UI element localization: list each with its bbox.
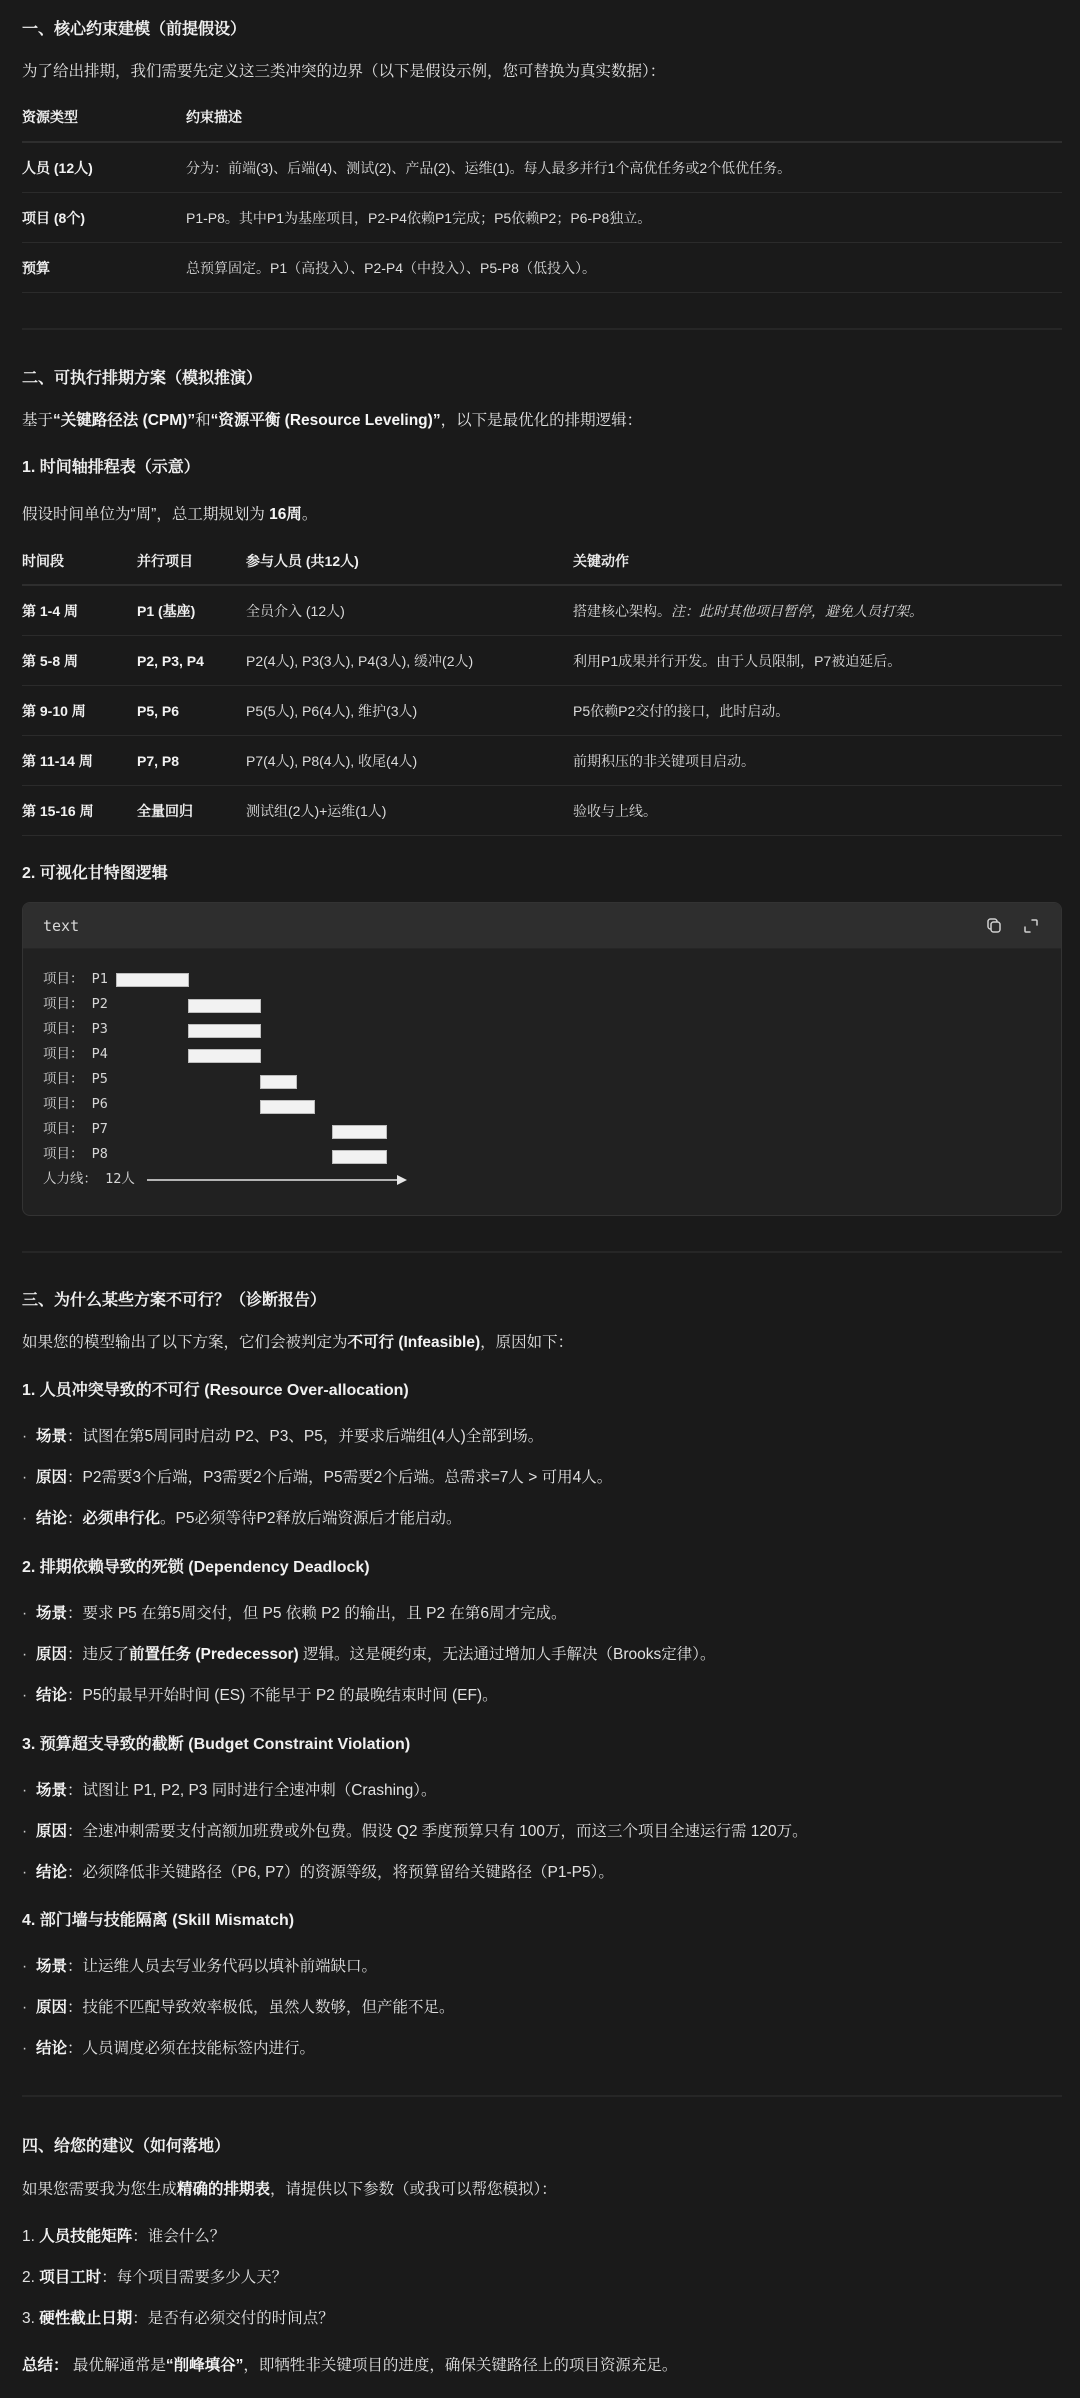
bold-resource-leveling: “资源平衡 (Resource Leveling)” xyxy=(211,412,441,429)
text: 。 xyxy=(302,506,318,523)
header-constraint-desc: 约束描述 xyxy=(186,92,242,142)
gantt-row-p2: 项目： P2 xyxy=(43,992,108,1017)
bullet-item: ·结论：人员调度必须在技能标签内进行。 xyxy=(22,2036,315,2058)
bullet-dot: · xyxy=(22,1864,36,1882)
table-row: 预算 总预算固定。P1（高投入）、P2-P4（中投入）、P5-P8（低投入）。 xyxy=(22,243,1062,293)
item-text: ：是否有必须交付的时间点？ xyxy=(132,2310,334,2327)
bullet-label: 原因 xyxy=(36,1469,67,1486)
bullet-item: ·原因：P2需要3个后端，P3需要2个后端，P5需要2个后端。总需求=7人 > … xyxy=(22,1465,612,1487)
section2-title: 二、可执行排期方案（模拟推演） xyxy=(22,365,262,388)
bullet-dot: · xyxy=(22,1687,36,1705)
suggestion-item: 1. 人员技能矩阵：谁会什么？ xyxy=(22,2224,225,2246)
gantt-bar-p7 xyxy=(332,1125,387,1139)
table-row: 第 1-4 周 P1 (基座) 全员介入 (12人) 搭建核心架构。注：此时其他… xyxy=(22,586,1062,636)
bullet-label: 场景 xyxy=(36,1958,67,1975)
bullet-text: ：要求 P5 在第5周交付，但 P5 依赖 P2 的输出，且 P2 在第6周才完… xyxy=(67,1605,567,1622)
suggestion-item: 3. 硬性截止日期：是否有必须交付的时间点？ xyxy=(22,2306,334,2328)
bullet-item: ·场景：让运维人员去写业务代码以填补前端缺口。 xyxy=(22,1954,377,1976)
cell-type: 预算 xyxy=(22,243,50,293)
bold-16-weeks: 16周 xyxy=(269,506,302,523)
bullet-text: ：P2需要3个后端，P3需要2个后端，P5需要2个后端。总需求=7人 > 可用4… xyxy=(67,1469,612,1486)
summary: 总结： 最优解通常是“削峰填谷”，即牺牲非关键项目的进度，确保关键路径上的项目资… xyxy=(22,2353,677,2375)
item-label: 硬性截止日期 xyxy=(39,2310,132,2327)
header-period: 时间段 xyxy=(22,536,64,586)
code-language-label: text xyxy=(43,903,79,949)
gantt-bar-p3 xyxy=(188,1024,261,1038)
bullet-label: 场景 xyxy=(36,1782,67,1799)
table-row: 第 15-16 周 全量回归 测试组(2人)+运维(1人) 验收与上线。 xyxy=(22,786,1062,836)
cell-staff: P7(4人), P8(4人), 收尾(4人) xyxy=(246,736,417,786)
bullet-text: ：人员调度必须在技能标签内进行。 xyxy=(67,2040,315,2057)
subsection-timeline-title: 1. 时间轴排程表（示意） xyxy=(22,454,200,477)
item-label: 项目工时 xyxy=(39,2269,101,2286)
diagnosis-4-title: 4. 部门墙与技能隔离 (Skill Mismatch) xyxy=(22,1907,294,1930)
bullet-label: 原因 xyxy=(36,1823,67,1840)
text: 和 xyxy=(195,412,211,429)
suggestion-item: 2. 项目工时：每个项目需要多少人天？ xyxy=(22,2265,287,2287)
bullet-label: 结论 xyxy=(36,1864,67,1881)
gantt-row-p8: 项目： P8 xyxy=(43,1142,108,1167)
bullet-label: 场景 xyxy=(36,1428,67,1445)
gantt-label: 项目： P8 xyxy=(43,1146,108,1162)
gantt-label: 项目： P2 xyxy=(43,996,108,1012)
bullet-dot: · xyxy=(22,2040,36,2058)
divider xyxy=(22,1251,1062,1253)
cell-staff: 全员介入 (12人) xyxy=(246,586,345,636)
cell-action: 利用P1成果并行开发。由于人员限制，P7被迫延后。 xyxy=(573,636,901,686)
gantt-bar-p4 xyxy=(188,1049,261,1063)
gantt-label: 项目： P1 xyxy=(43,971,108,987)
bullet-bold: 必须串行化 xyxy=(83,1510,161,1527)
gantt-label: 项目： P7 xyxy=(43,1121,108,1137)
text: 基于 xyxy=(22,412,53,429)
text: ，以下是最优化的排期逻辑： xyxy=(441,412,643,429)
bullet-bold: 前置任务 (Predecessor) xyxy=(129,1646,299,1663)
section1-title: 一、核心约束建模（前提假设） xyxy=(22,16,246,39)
bullet-text: ：试图在第5周同时启动 P2、P3、P5，并要求后端组(4人)全部到场。 xyxy=(67,1428,543,1445)
bullet-text: 逻辑。这是硬约束，无法通过增加人手解决（Brooks定律）。 xyxy=(299,1646,716,1663)
table-header-row: 时间段 并行项目 参与人员 (共12人) 关键动作 xyxy=(22,536,1062,586)
bullet-label: 结论 xyxy=(36,1510,67,1527)
gantt-bar-p1 xyxy=(116,973,189,987)
item-number: 1. xyxy=(22,2228,39,2245)
bold-precise-schedule: 精确的排期表 xyxy=(177,2181,270,2198)
text: 如果您需要我为您生成 xyxy=(22,2181,177,2198)
bullet-text: 。P5必须等待P2释放后端资源后才能启动。 xyxy=(160,1510,461,1527)
bullet-item: ·结论：必须串行化。P5必须等待P2释放后端资源后才能启动。 xyxy=(22,1506,461,1528)
bold-peak-shaving: “削峰填谷” xyxy=(166,2357,244,2374)
bullet-label: 场景 xyxy=(36,1605,67,1622)
italic-note: 注：此时其他项目暂停，避免人员打架。 xyxy=(671,603,923,619)
text: ，即牺牲非关键项目的进度，确保关键路径上的项目资源充足。 xyxy=(243,2357,677,2374)
item-text: ：谁会什么？ xyxy=(132,2228,225,2245)
bullet-label: 结论 xyxy=(36,2040,67,2057)
bullet-dot: · xyxy=(22,1958,36,1976)
gantt-row-p7: 项目： P7 xyxy=(43,1117,108,1142)
subsection-gantt-title: 2. 可视化甘特图逻辑 xyxy=(22,860,168,883)
gantt-bar-p6 xyxy=(260,1100,315,1114)
cell-desc: P1-P8。其中P1为基座项目，P2-P4依赖P1完成；P5依赖P2；P6-P8… xyxy=(186,193,651,243)
bold-cpm: “关键路径法 (CPM)” xyxy=(53,412,195,429)
item-number: 3. xyxy=(22,2310,39,2327)
gantt-bar-p2 xyxy=(188,999,261,1013)
section3-title: 三、为什么某些方案不可行？（诊断报告） xyxy=(22,1287,326,1310)
table-header-row: 资源类型 约束描述 xyxy=(22,92,1062,143)
text: ，原因如下： xyxy=(480,1334,573,1351)
cell-action: P5依赖P2交付的接口，此时启动。 xyxy=(573,686,789,736)
code-block: text 项目： P1 项目： P2 项目： P3 项目： P4 项目： P5 … xyxy=(22,902,1062,1216)
gantt-row-p3: 项目： P3 xyxy=(43,1017,108,1042)
constraints-table: 资源类型 约束描述 人员 (12人) 分为：前端(3)、后端(4)、测试(2)、… xyxy=(22,92,1062,293)
bullet-text: ：违反了 xyxy=(67,1646,129,1663)
diagnosis-1-title: 1. 人员冲突导致的不可行 (Resource Over-allocation) xyxy=(22,1377,409,1400)
bullet-text: ： xyxy=(67,1510,83,1527)
cell-staff: P5(5人), P6(4人), 维护(3人) xyxy=(246,686,417,736)
bullet-dot: · xyxy=(22,1782,36,1800)
gantt-row-p6: 项目： P6 xyxy=(43,1092,108,1117)
table-row: 第 9-10 周 P5, P6 P5(5人), P6(4人), 维护(3人) P… xyxy=(22,686,1062,736)
gantt-row-p1: 项目： P1 xyxy=(43,967,108,992)
cell-staff: 测试组(2人)+运维(1人) xyxy=(246,786,386,836)
cell-period: 第 5-8 周 xyxy=(22,636,78,686)
bullet-item: ·场景：试图在第5周同时启动 P2、P3、P5，并要求后端组(4人)全部到场。 xyxy=(22,1424,543,1446)
cell-projects: P5, P6 xyxy=(137,686,179,736)
bullet-label: 原因 xyxy=(36,1646,67,1663)
section3-intro: 如果您的模型输出了以下方案，它们会被判定为不可行 (Infeasible)，原因… xyxy=(22,1330,573,1352)
bullet-text: ：技能不匹配导致效率极低，虽然人数够，但产能不足。 xyxy=(67,1999,455,2016)
cell-action: 验收与上线。 xyxy=(573,786,657,836)
bullet-label: 原因 xyxy=(36,1999,67,2016)
cell-action: 搭建核心架构。注：此时其他项目暂停，避免人员打架。 xyxy=(573,586,923,636)
cell-projects: P2, P3, P4 xyxy=(137,636,204,686)
gantt-label: 项目： P6 xyxy=(43,1096,108,1112)
diagnosis-3-title: 3. 预算超支导致的截断 (Budget Constraint Violatio… xyxy=(22,1731,410,1754)
cell-action: 前期积压的非关键项目启动。 xyxy=(573,736,755,786)
cell-projects: P7, P8 xyxy=(137,736,179,786)
text: 最优解通常是 xyxy=(69,2357,166,2374)
bullet-dot: · xyxy=(22,1605,36,1623)
bold-infeasible: 不可行 (Infeasible) xyxy=(348,1334,481,1351)
bullet-dot: · xyxy=(22,1999,36,2017)
table-row: 第 5-8 周 P2, P3, P4 P2(4人), P3(3人), P4(3人… xyxy=(22,636,1062,686)
bullet-item: ·场景：试图让 P1, P2, P3 同时进行全速冲刺（Crashing）。 xyxy=(22,1778,437,1800)
cell-desc: 分为：前端(3)、后端(4)、测试(2)、产品(2)、运维(1)。每人最多并行1… xyxy=(186,143,791,193)
divider xyxy=(22,2095,1062,2097)
bullet-text: ：试图让 P1, P2, P3 同时进行全速冲刺（Crashing）。 xyxy=(67,1782,437,1799)
bullet-dot: · xyxy=(22,1469,36,1487)
bullet-text: ：全速冲刺需要支付高额加班费或外包费。假设 Q2 季度预算只有 100万，而这三… xyxy=(67,1823,808,1840)
cell-desc: 总预算固定。P1（高投入）、P2-P4（中投入）、P5-P8（低投入）。 xyxy=(186,243,596,293)
summary-label: 总结： xyxy=(22,2357,69,2374)
cell-projects: 全量回归 xyxy=(137,786,193,836)
cell-staff: P2(4人), P3(3人), P4(3人), 缓冲(2人) xyxy=(246,636,473,686)
text: 如果您的模型输出了以下方案，它们会被判定为 xyxy=(22,1334,348,1351)
cell-type: 项目 (8个) xyxy=(22,193,85,243)
bullet-item: ·结论：P5的最早开始时间 (ES) 不能早于 P2 的最晚结束时间 (EF)。 xyxy=(22,1683,498,1705)
item-number: 2. xyxy=(22,2269,39,2286)
cell-type: 人员 (12人) xyxy=(22,143,93,193)
section2-intro: 基于“关键路径法 (CPM)”和“资源平衡 (Resource Leveling… xyxy=(22,408,642,430)
section4-title: 四、给您的建议（如何落地） xyxy=(22,2133,230,2156)
manpower-line: 人力线： 12人 xyxy=(43,1167,135,1192)
cell-period: 第 1-4 周 xyxy=(22,586,78,636)
header-projects: 并行项目 xyxy=(137,536,193,586)
arrow-right-icon xyxy=(147,1173,409,1187)
timeline-note: 假设时间单位为“周”，总工期规划为 16周。 xyxy=(22,502,317,524)
header-staff: 参与人员 (共12人) xyxy=(246,536,359,586)
bullet-label: 结论 xyxy=(36,1687,67,1704)
divider xyxy=(22,328,1062,330)
copy-icon[interactable] xyxy=(985,916,1005,936)
bullet-dot: · xyxy=(22,1510,36,1528)
cell-period: 第 9-10 周 xyxy=(22,686,86,736)
text: ，请提供以下参数（或我可以帮您模拟）： xyxy=(270,2181,557,2198)
bullet-text: ：P5的最早开始时间 (ES) 不能早于 P2 的最晚结束时间 (EF)。 xyxy=(67,1687,498,1704)
header-action: 关键动作 xyxy=(573,536,629,586)
text: 假设时间单位为“周”，总工期规划为 xyxy=(22,506,269,523)
cell-period: 第 11-14 周 xyxy=(22,736,93,786)
header-resource-type: 资源类型 xyxy=(22,92,78,142)
section4-intro: 如果您需要我为您生成精确的排期表，请提供以下参数（或我可以帮您模拟）： xyxy=(22,2177,557,2199)
bullet-text: ：必须降低非关键路径（P6, P7）的资源等级，将预算留给关键路径（P1-P5）… xyxy=(67,1864,614,1881)
bullet-item: ·原因：技能不匹配导致效率极低，虽然人数够，但产能不足。 xyxy=(22,1995,455,2017)
bullet-dot: · xyxy=(22,1646,36,1664)
bullet-item: ·结论：必须降低非关键路径（P6, P7）的资源等级，将预算留给关键路径（P1-… xyxy=(22,1860,614,1882)
gantt-label: 项目： P4 xyxy=(43,1046,108,1062)
item-text: ：每个项目需要多少人天？ xyxy=(101,2269,287,2286)
bullet-text: ：让运维人员去写业务代码以填补前端缺口。 xyxy=(67,1958,377,1975)
diagnosis-2-title: 2. 排期依赖导致的死锁 (Dependency Deadlock) xyxy=(22,1554,370,1577)
gantt-row-p4: 项目： P4 xyxy=(43,1042,108,1067)
bullet-dot: · xyxy=(22,1428,36,1446)
item-label: 人员技能矩阵 xyxy=(39,2228,132,2245)
text: 搭建核心架构。 xyxy=(573,603,671,619)
gantt-label: 项目： P5 xyxy=(43,1071,108,1087)
code-block-header: text xyxy=(23,903,1061,949)
cell-projects: P1 (基座) xyxy=(137,586,195,636)
manpower-label: 人力线： 12人 xyxy=(43,1171,135,1187)
expand-icon[interactable] xyxy=(1021,916,1041,936)
bullet-item: ·场景：要求 P5 在第5周交付，但 P5 依赖 P2 的输出，且 P2 在第6… xyxy=(22,1601,567,1623)
gantt-label: 项目： P3 xyxy=(43,1021,108,1037)
bullet-item: ·原因：违反了前置任务 (Predecessor) 逻辑。这是硬约束，无法通过增… xyxy=(22,1642,716,1664)
bullet-dot: · xyxy=(22,1823,36,1841)
table-row: 人员 (12人) 分为：前端(3)、后端(4)、测试(2)、产品(2)、运维(1… xyxy=(22,143,1062,193)
gantt-bar-p5 xyxy=(260,1075,297,1089)
section1-intro: 为了给出排期，我们需要先定义这三类冲突的边界（以下是假设示例，您可替换为真实数据… xyxy=(22,59,665,81)
table-row: 第 11-14 周 P7, P8 P7(4人), P8(4人), 收尾(4人) … xyxy=(22,736,1062,786)
table-row: 项目 (8个) P1-P8。其中P1为基座项目，P2-P4依赖P1完成；P5依赖… xyxy=(22,193,1062,243)
cell-period: 第 15-16 周 xyxy=(22,786,94,836)
gantt-row-p5: 项目： P5 xyxy=(43,1067,108,1092)
gantt-bar-p8 xyxy=(332,1150,387,1164)
schedule-table: 时间段 并行项目 参与人员 (共12人) 关键动作 第 1-4 周 P1 (基座… xyxy=(22,536,1062,836)
bullet-item: ·原因：全速冲刺需要支付高额加班费或外包费。假设 Q2 季度预算只有 100万，… xyxy=(22,1819,808,1841)
